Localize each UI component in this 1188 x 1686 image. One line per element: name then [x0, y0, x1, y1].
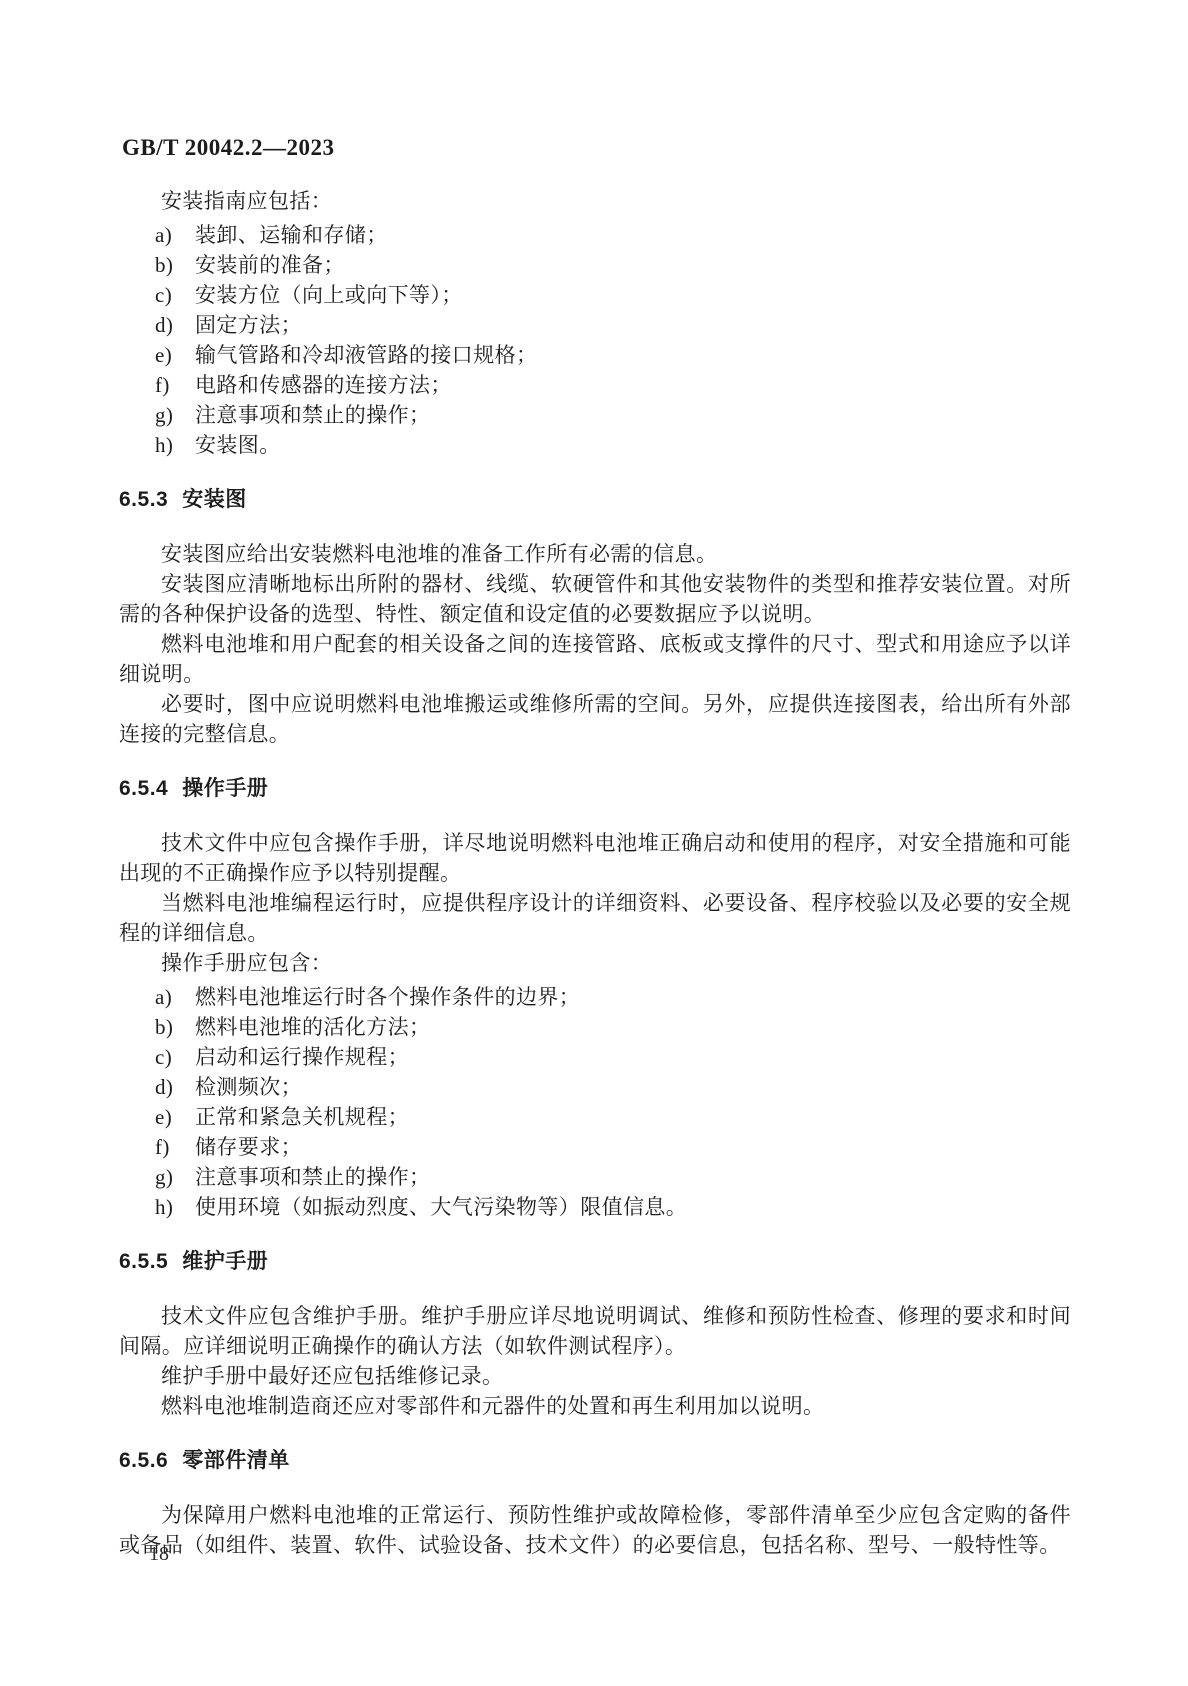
list-item-text: 使用环境（如振动烈度、大气污染物等）限值信息。 [195, 1195, 687, 1219]
list-item: e)输气管路和冷却液管路的接口规格； [119, 340, 1071, 370]
paragraph: 操作手册应包含： [119, 948, 1071, 978]
paragraph: 技术文件中应包含操作手册，详尽地说明燃料电池堆正确启动和使用的程序，对安全措施和… [119, 828, 1071, 888]
list-item: e)正常和紧急关机规程； [119, 1102, 1071, 1132]
list-item-label: g) [155, 400, 173, 430]
list-item: f)电路和传感器的连接方法； [119, 370, 1071, 400]
list-item-text: 输气管路和冷却液管路的接口规格； [195, 343, 537, 367]
list-item-text: 注意事项和禁止的操作； [195, 403, 430, 427]
section-heading-6-5-6: 6.5.6零部件清单 [119, 1445, 1071, 1476]
list-item-text: 安装图。 [195, 433, 281, 457]
list-item-text: 燃料电池堆的活化方法； [195, 1015, 430, 1039]
paragraph: 当燃料电池堆编程运行时，应提供程序设计的详细资料、必要设备、程序校验以及必要的安… [119, 888, 1071, 948]
paragraph: 安装图应给出安装燃料电池堆的准备工作所有必需的信息。 [119, 539, 1071, 569]
page-content: 安装指南应包括： a)装卸、运输和存储； b)安装前的准备； c)安装方位（向上… [119, 186, 1071, 1560]
list-item: a)燃料电池堆运行时各个操作条件的边界； [119, 982, 1071, 1012]
list-item-label: d) [155, 1072, 173, 1102]
section-heading-6-5-3: 6.5.3安装图 [119, 484, 1071, 515]
section-title: 操作手册 [182, 776, 268, 800]
paragraph: 燃料电池堆和用户配套的相关设备之间的连接管路、底板或支撑件的尺寸、型式和用途应予… [119, 629, 1071, 689]
section-number: 6.5.6 [119, 1449, 168, 1472]
page-number: 18 [149, 1543, 169, 1566]
list-item: g)注意事项和禁止的操作； [119, 400, 1071, 430]
list-item-label: h) [155, 430, 173, 460]
section-title: 零部件清单 [182, 1448, 290, 1472]
list-item: d)检测频次； [119, 1072, 1071, 1102]
list-item: a)装卸、运输和存储； [119, 220, 1071, 250]
list-item-label: a) [155, 220, 172, 250]
paragraph: 维护手册中最好还应包括维修记录。 [119, 1361, 1071, 1391]
list-item-text: 燃料电池堆运行时各个操作条件的边界； [195, 985, 580, 1009]
list-item-label: e) [155, 340, 172, 370]
list-item: b)安装前的准备； [119, 250, 1071, 280]
list-item-label: b) [155, 250, 173, 280]
list-item-text: 储存要求； [195, 1135, 302, 1159]
list-item-label: c) [155, 280, 172, 310]
list-item: c)启动和运行操作规程； [119, 1042, 1071, 1072]
section-number: 6.5.4 [119, 777, 168, 800]
paragraph: 为保障用户燃料电池堆的正常运行、预防性维护或故障检修，零部件清单至少应包含定购的… [119, 1500, 1071, 1560]
list-item-text: 正常和紧急关机规程； [195, 1105, 409, 1129]
list-item-label: g) [155, 1162, 173, 1192]
section-number: 6.5.5 [119, 1250, 168, 1273]
list-item-text: 检测频次； [195, 1075, 302, 1099]
list-item-label: f) [155, 1132, 170, 1162]
paragraph: 技术文件应包含维护手册。维护手册应详尽地说明调试、维修和预防性检查、修理的要求和… [119, 1301, 1071, 1361]
list-item: f)储存要求； [119, 1132, 1071, 1162]
section-heading-6-5-5: 6.5.5维护手册 [119, 1246, 1071, 1277]
section-title: 维护手册 [182, 1249, 268, 1273]
list-item: h)安装图。 [119, 430, 1071, 460]
list-item-label: c) [155, 1042, 172, 1072]
list-item: g)注意事项和禁止的操作； [119, 1162, 1071, 1192]
installation-guide-list: a)装卸、运输和存储； b)安装前的准备； c)安装方位（向上或向下等）； d)… [119, 220, 1071, 460]
list-item-text: 安装方位（向上或向下等）； [195, 283, 463, 307]
list-item-label: b) [155, 1012, 173, 1042]
document-page: GB/T 20042.2—2023 安装指南应包括： a)装卸、运输和存储； b… [0, 0, 1188, 1686]
list-item-text: 注意事项和禁止的操作； [195, 1165, 430, 1189]
list-item: b)燃料电池堆的活化方法； [119, 1012, 1071, 1042]
intro-lead-paragraph: 安装指南应包括： [119, 186, 1071, 216]
section-number: 6.5.3 [119, 488, 168, 511]
list-item: d)固定方法； [119, 310, 1071, 340]
list-item-label: f) [155, 370, 170, 400]
section-title: 安装图 [182, 487, 247, 511]
document-number: GB/T 20042.2—2023 [122, 135, 335, 161]
list-item-text: 启动和运行操作规程； [195, 1045, 409, 1069]
operation-manual-list: a)燃料电池堆运行时各个操作条件的边界； b)燃料电池堆的活化方法； c)启动和… [119, 982, 1071, 1222]
paragraph: 安装图应清晰地标出所附的器材、线缆、软硬管件和其他安装物件的类型和推荐安装位置。… [119, 569, 1071, 629]
list-item-text: 电路和传感器的连接方法； [195, 373, 452, 397]
paragraph: 必要时，图中应说明燃料电池堆搬运或维修所需的空间。另外，应提供连接图表，给出所有… [119, 689, 1071, 749]
list-item-text: 装卸、运输和存储； [195, 223, 388, 247]
list-item-text: 固定方法； [195, 313, 302, 337]
paragraph: 燃料电池堆制造商还应对零部件和元器件的处置和再生利用加以说明。 [119, 1391, 1071, 1421]
list-item: h)使用环境（如振动烈度、大气污染物等）限值信息。 [119, 1192, 1071, 1222]
list-item-label: a) [155, 982, 172, 1012]
list-item-label: d) [155, 310, 173, 340]
list-item-label: e) [155, 1102, 172, 1132]
list-item-text: 安装前的准备； [195, 253, 345, 277]
list-item: c)安装方位（向上或向下等）； [119, 280, 1071, 310]
section-heading-6-5-4: 6.5.4操作手册 [119, 773, 1071, 804]
list-item-label: h) [155, 1192, 173, 1222]
